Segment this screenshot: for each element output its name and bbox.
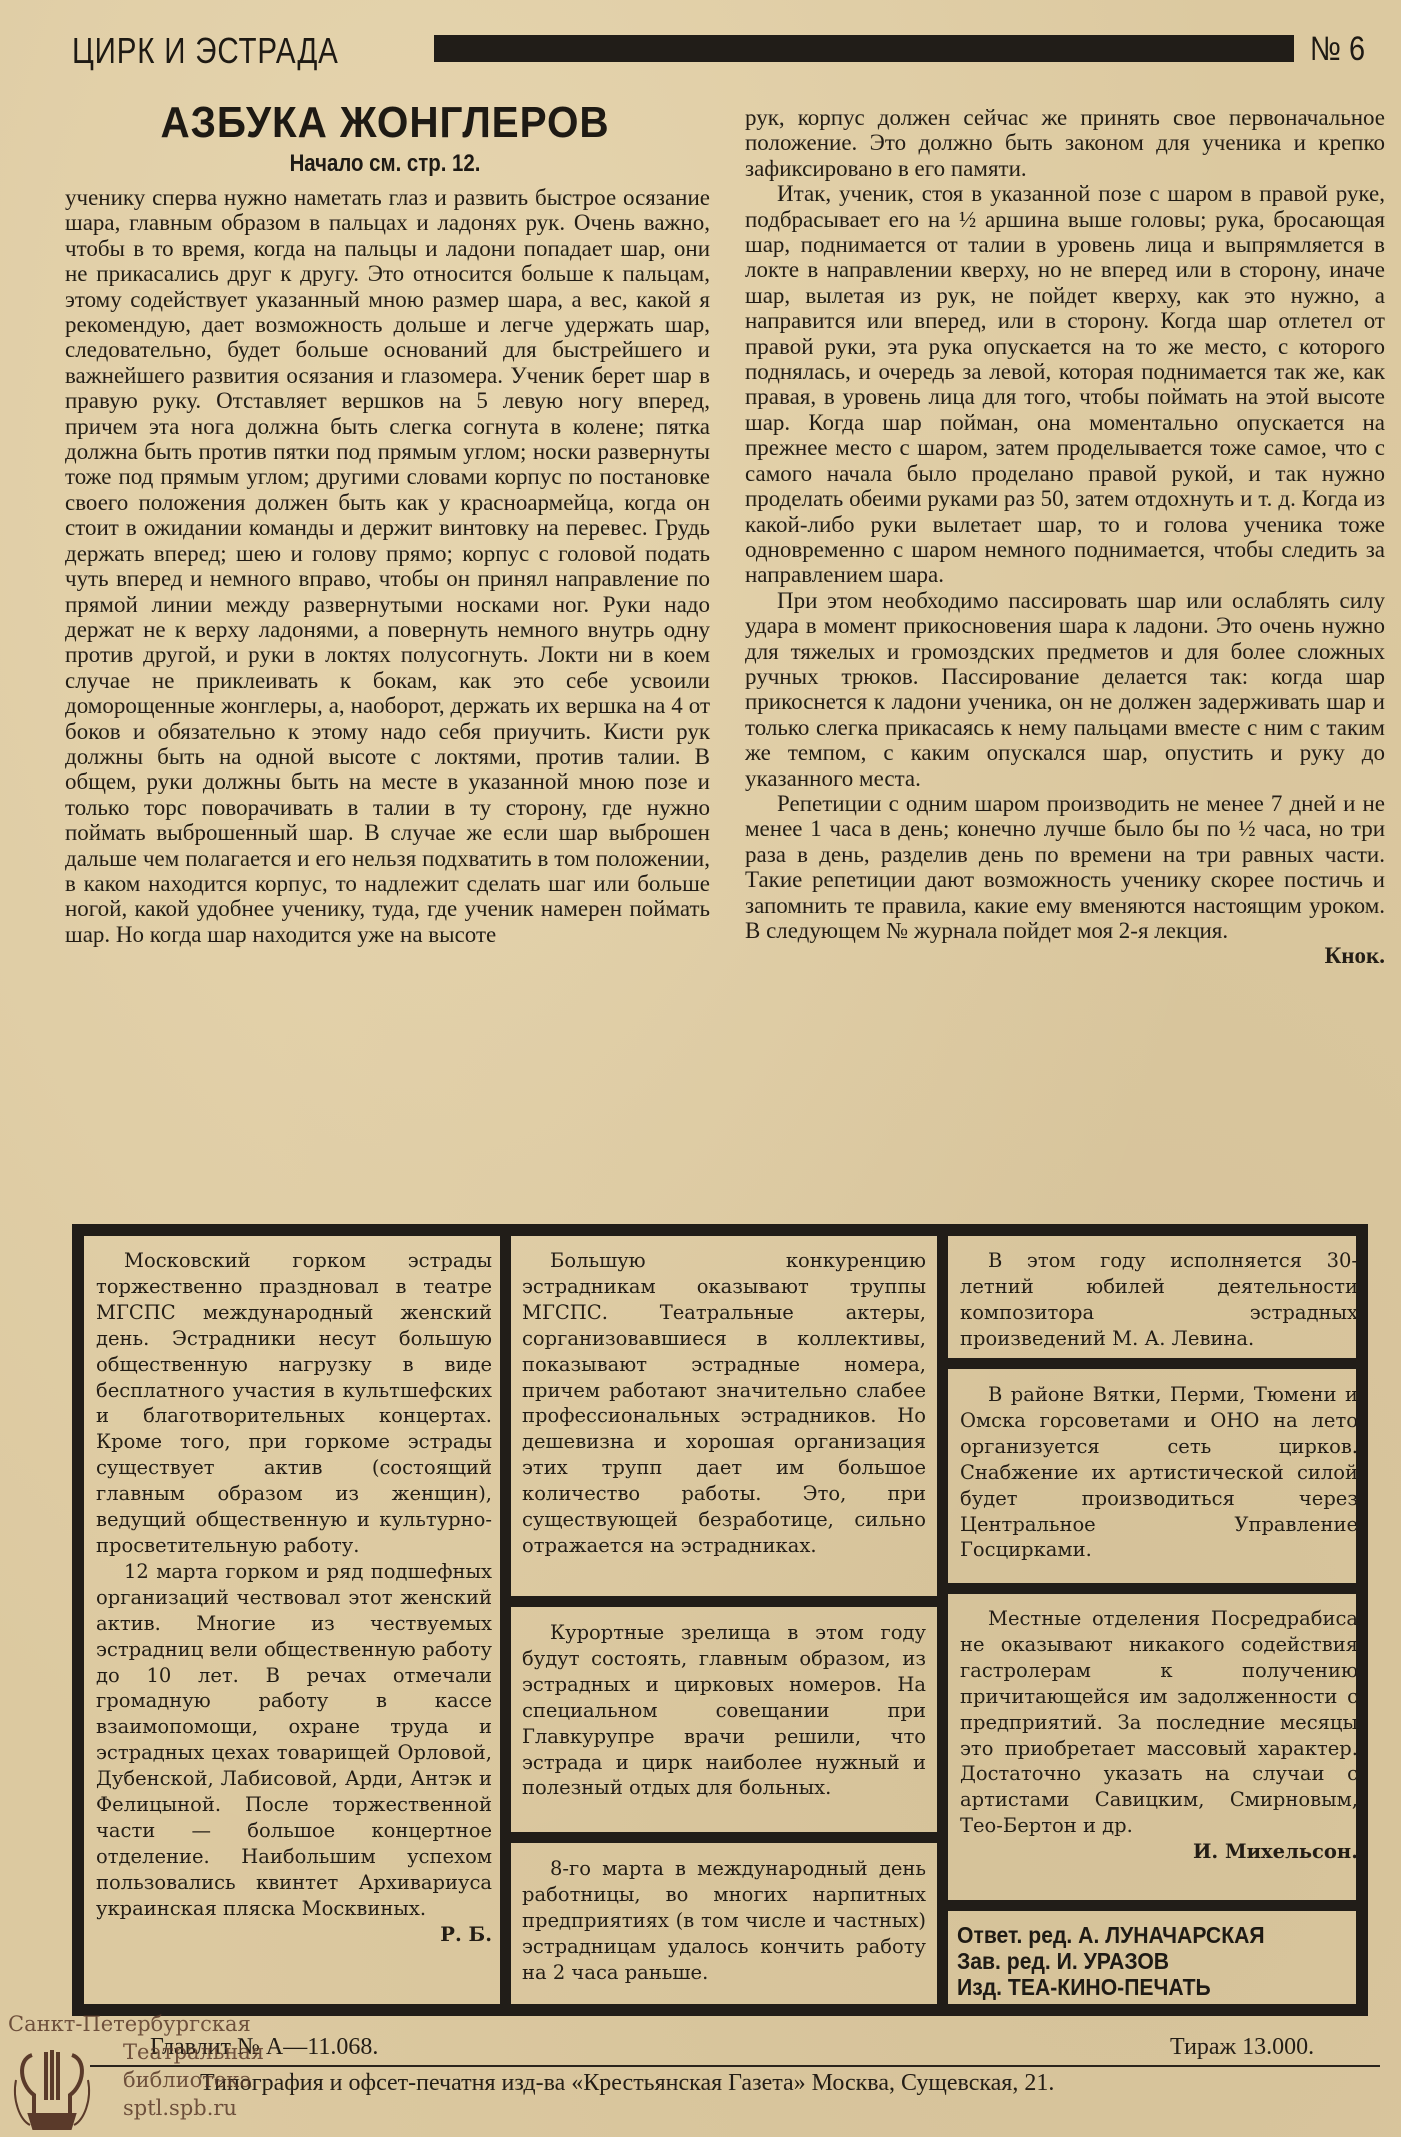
issue-number: № 6 xyxy=(1310,30,1365,69)
note-paragraph: 8-го марта в международный день работниц… xyxy=(522,1856,926,1986)
article-paragraph: рук, корпус должен сейчас же принять сво… xyxy=(745,105,1385,181)
stamp-url: sptl.spb.ru xyxy=(8,2094,264,2122)
note-paragraph: Курортные зрелища в этом году будут сост… xyxy=(522,1620,926,1801)
column-divider xyxy=(937,1236,948,2016)
row-divider xyxy=(948,1358,1356,1369)
stamp-line: Театральная xyxy=(8,2038,264,2066)
managing-editor: Зав. ред. И. УРАЗОВ xyxy=(957,1948,1325,1974)
library-stamp: Санкт-Петербургская Театральная библиоте… xyxy=(8,2010,264,2122)
note-signature: И. Михельсон. xyxy=(960,1839,1358,1865)
note-paragraph: Большую конкуренцию эстрадникам оказываю… xyxy=(522,1248,926,1559)
row-divider xyxy=(511,1596,937,1607)
article-paragraph: Репетиции с одним шаром производить не м… xyxy=(745,791,1385,943)
publisher: Изд. ТЕА-КИНО-ПЕЧАТЬ xyxy=(957,1974,1325,2000)
editor-in-chief: Ответ. ред. А. ЛУНАЧАРСКАЯ xyxy=(957,1922,1325,1948)
article-paragraph: При этом необходимо пассировать шар или … xyxy=(745,588,1385,791)
stamp-line: Санкт-Петербургская xyxy=(8,2010,264,2038)
note-paragraph: В районе Вятки, Перми, Тюмени и Омска го… xyxy=(960,1382,1358,1563)
article-paragraph: ученику сперва нужно наметать глаз и раз… xyxy=(65,185,710,947)
column-divider xyxy=(500,1236,511,2016)
print-run: Тираж 13.000. xyxy=(1170,2034,1314,2061)
note-paragraph: В этом году исполняется 30-летний юбилей… xyxy=(960,1248,1358,1352)
note-resort-shows: Курортные зрелища в этом году будут сост… xyxy=(522,1620,926,1801)
article-left-column: ученику сперва нужно наметать глаз и раз… xyxy=(65,185,710,947)
note-signature: Р. Б. xyxy=(96,1922,492,1948)
note-gorkom: Московский горком эстрады торжественно п… xyxy=(96,1248,492,1947)
article-paragraph: Итак, ученик, стоя в указанной позе с ша… xyxy=(745,181,1385,588)
note-levin-jubilee: В этом году исполняется 30-летний юбилей… xyxy=(960,1248,1358,1352)
article-subtitle: Начало см. стр. 12. xyxy=(151,150,619,178)
note-paragraph: 12 марта горком и ряд подшефных организа… xyxy=(96,1559,492,1922)
note-paragraph: Московский горком эстрады торжественно п… xyxy=(96,1248,492,1559)
note-circus-network: В районе Вятки, Перми, Тюмени и Омска го… xyxy=(960,1382,1358,1563)
row-divider xyxy=(948,1583,1356,1594)
section-title: ЦИРК И ЭСТРАДА xyxy=(72,30,339,72)
article-title: АЗБУКА ЖОНГЛЕРОВ xyxy=(132,98,638,148)
editorial-credits: Ответ. ред. А. ЛУНАЧАРСКАЯ Зав. ред. И. … xyxy=(957,1922,1325,2000)
article-signature: Кнок. xyxy=(745,943,1385,968)
row-divider xyxy=(511,1832,937,1843)
note-march-8: 8-го марта в международный день работниц… xyxy=(522,1856,926,1986)
stamp-line: библиотека xyxy=(8,2066,264,2094)
footer-rule xyxy=(90,2065,1380,2067)
note-posredrabis: Местные отделения Посредрабиса не оказыв… xyxy=(960,1606,1358,1865)
note-paragraph: Местные отделения Посредрабиса не оказыв… xyxy=(960,1606,1358,1839)
printer-info: Типография и офсет-печатня изд-ва «Крест… xyxy=(200,2070,1054,2097)
header-rule xyxy=(434,35,1294,62)
note-mgsps-troupes: Большую конкуренцию эстрадникам оказываю… xyxy=(522,1248,926,1559)
row-divider xyxy=(948,1900,1356,1911)
article-right-column: рук, корпус должен сейчас же принять сво… xyxy=(745,105,1385,969)
